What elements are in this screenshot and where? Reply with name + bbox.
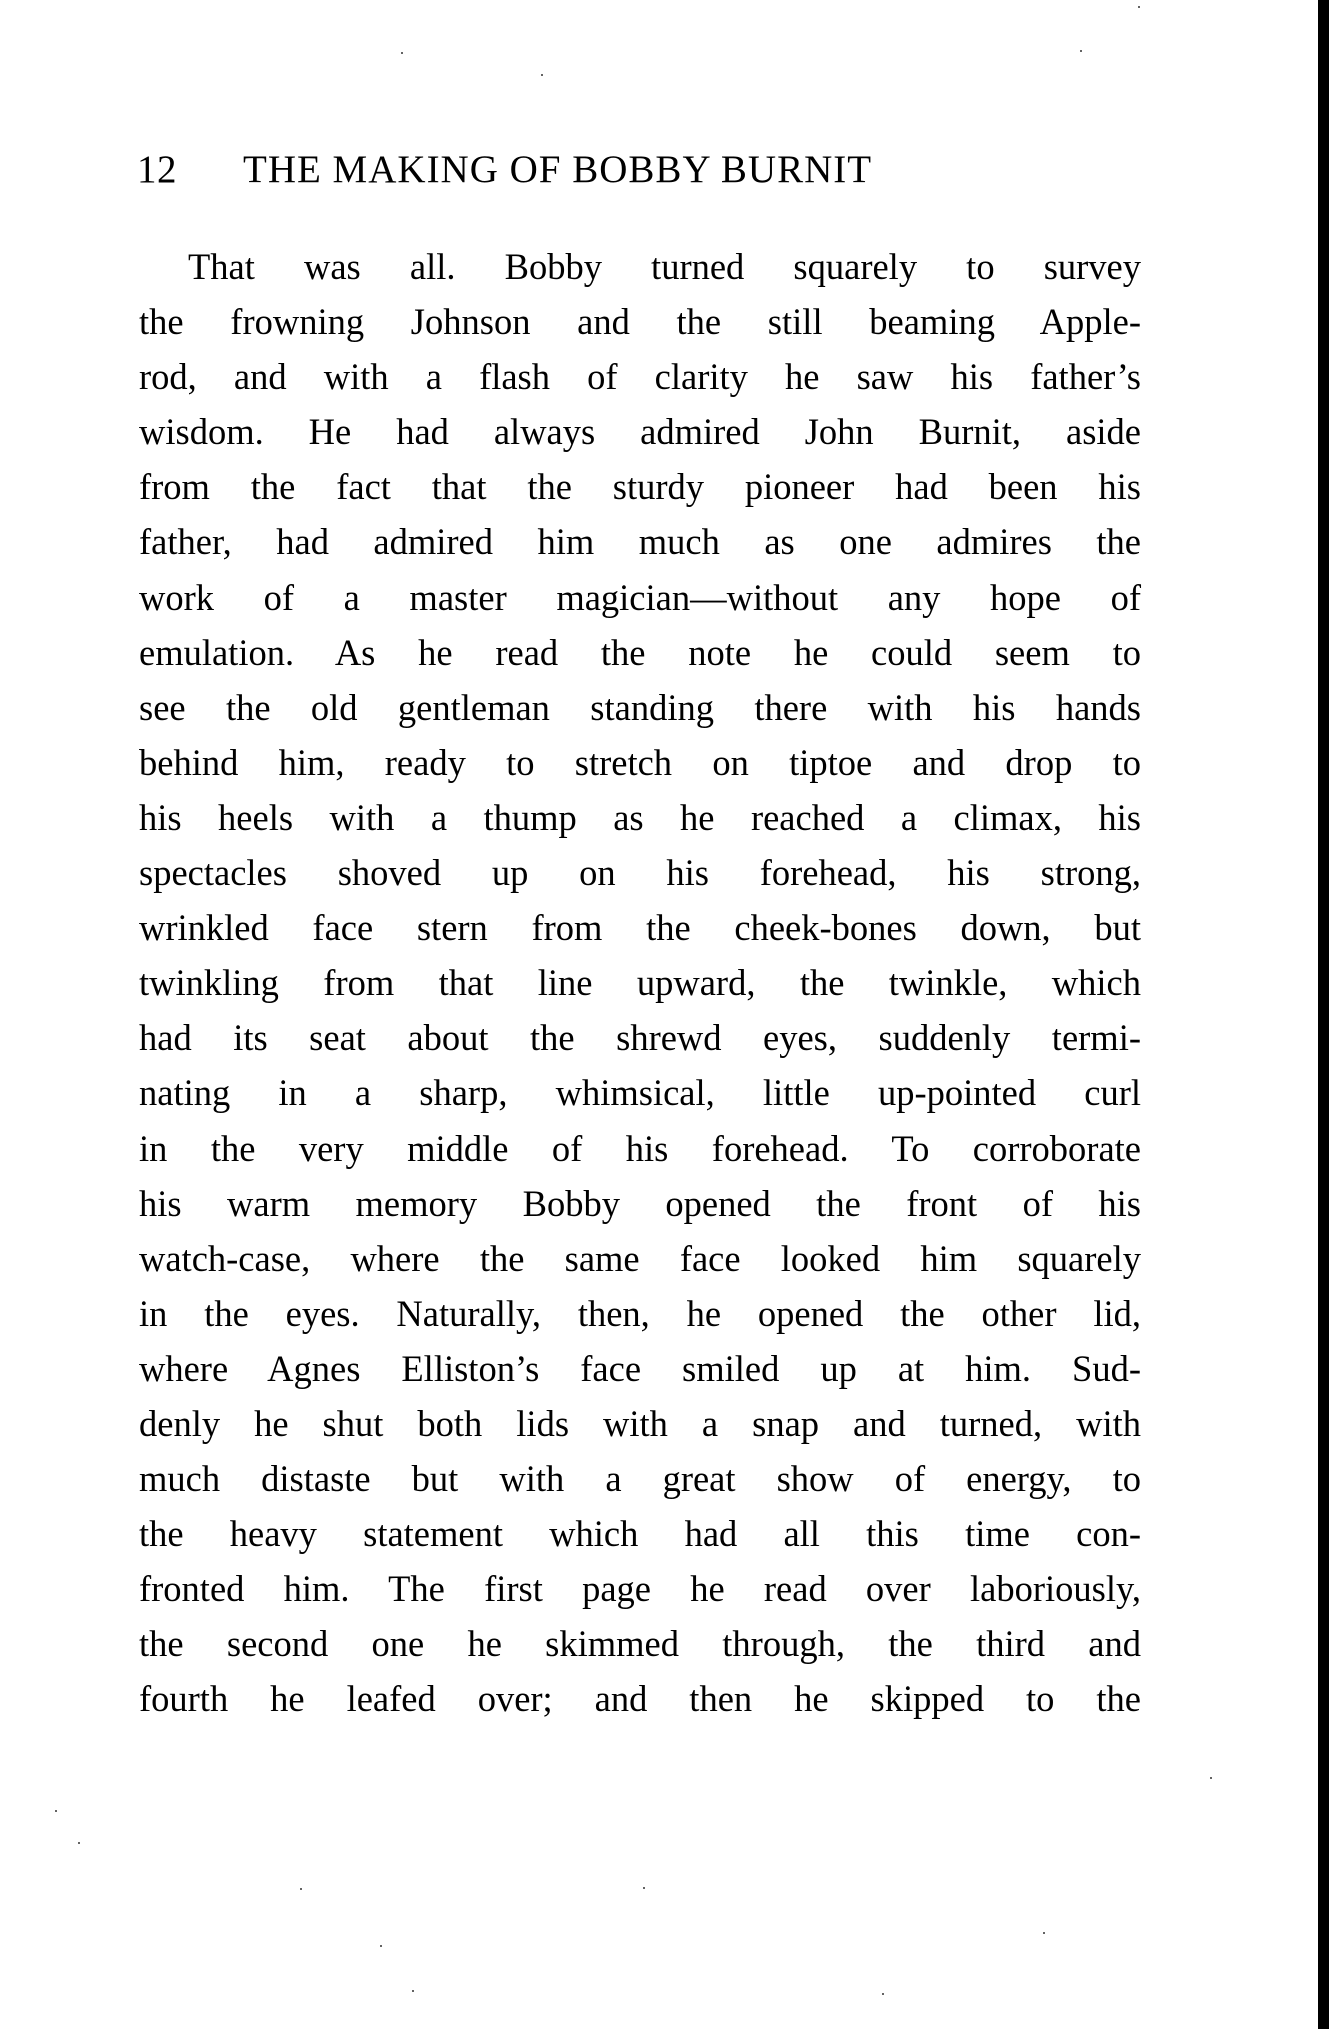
- text-line: the second one he skimmed through, the t…: [139, 1621, 1141, 1676]
- scan-speck: [541, 74, 543, 76]
- scan-speck: [55, 1810, 57, 1812]
- text-line: watch-case, where the same face looked h…: [139, 1236, 1141, 1291]
- text-line: That was all. Bobby turned squarely to s…: [139, 244, 1141, 299]
- page-number: 12: [137, 148, 243, 192]
- scan-speck: [300, 1888, 302, 1890]
- scan-speck: [412, 1990, 414, 1992]
- text-line: rod, and with a flash of clarity he saw …: [139, 354, 1141, 409]
- text-line: nating in a sharp, whimsical, little up-…: [139, 1070, 1141, 1125]
- text-line: see the old gentleman standing there wit…: [139, 685, 1141, 740]
- page-edge-shadow: [1318, 0, 1329, 2029]
- scan-speck: [78, 1842, 80, 1844]
- scan-speck: [643, 1887, 645, 1889]
- book-title: THE MAKING OF BOBBY BURNIT: [243, 148, 872, 192]
- running-head: 12THE MAKING OF BOBBY BURNIT: [137, 148, 1037, 192]
- text-line: in the eyes. Naturally, then, he opened …: [139, 1291, 1141, 1346]
- text-line: his heels with a thump as he reached a c…: [139, 795, 1141, 850]
- body-paragraph: That was all. Bobby turned squarely to s…: [139, 244, 1141, 1732]
- text-line: father, had admired him much as one admi…: [139, 519, 1141, 574]
- text-line: behind him, ready to stretch on tiptoe a…: [139, 740, 1141, 795]
- text-line: the heavy statement which had all this t…: [139, 1511, 1141, 1566]
- text-line: from the fact that the sturdy pioneer ha…: [139, 464, 1141, 519]
- text-line: twinkling from that line upward, the twi…: [139, 960, 1141, 1015]
- text-line: had its seat about the shrewd eyes, sudd…: [139, 1015, 1141, 1070]
- scan-speck: [1138, 6, 1140, 8]
- scan-speck: [380, 1945, 382, 1947]
- scan-speck: [401, 52, 403, 54]
- text-line: in the very middle of his forehead. To c…: [139, 1126, 1141, 1181]
- text-line: wrinkled face stern from the cheek-bones…: [139, 905, 1141, 960]
- scan-speck: [1043, 1932, 1045, 1934]
- text-line: much distaste but with a great show of e…: [139, 1456, 1141, 1511]
- text-line: his warm memory Bobby opened the front o…: [139, 1181, 1141, 1236]
- scan-speck: [1080, 50, 1082, 52]
- text-line: fronted him. The first page he read over…: [139, 1566, 1141, 1621]
- text-line: wisdom. He had always admired John Burni…: [139, 409, 1141, 464]
- text-line: spectacles shoved up on his forehead, hi…: [139, 850, 1141, 905]
- text-line: work of a master magician—without any ho…: [139, 575, 1141, 630]
- text-line: fourth he leafed over; and then he skipp…: [139, 1676, 1141, 1731]
- scan-speck: [882, 1993, 884, 1995]
- scan-speck: [1210, 1777, 1212, 1779]
- text-line: where Agnes Elliston’s face smiled up at…: [139, 1346, 1141, 1401]
- text-line: denly he shut both lids with a snap and …: [139, 1401, 1141, 1456]
- text-line: emulation. As he read the note he could …: [139, 630, 1141, 685]
- text-line: the frowning Johnson and the still beami…: [139, 299, 1141, 354]
- book-page: 12THE MAKING OF BOBBY BURNIT That was al…: [0, 0, 1342, 2029]
